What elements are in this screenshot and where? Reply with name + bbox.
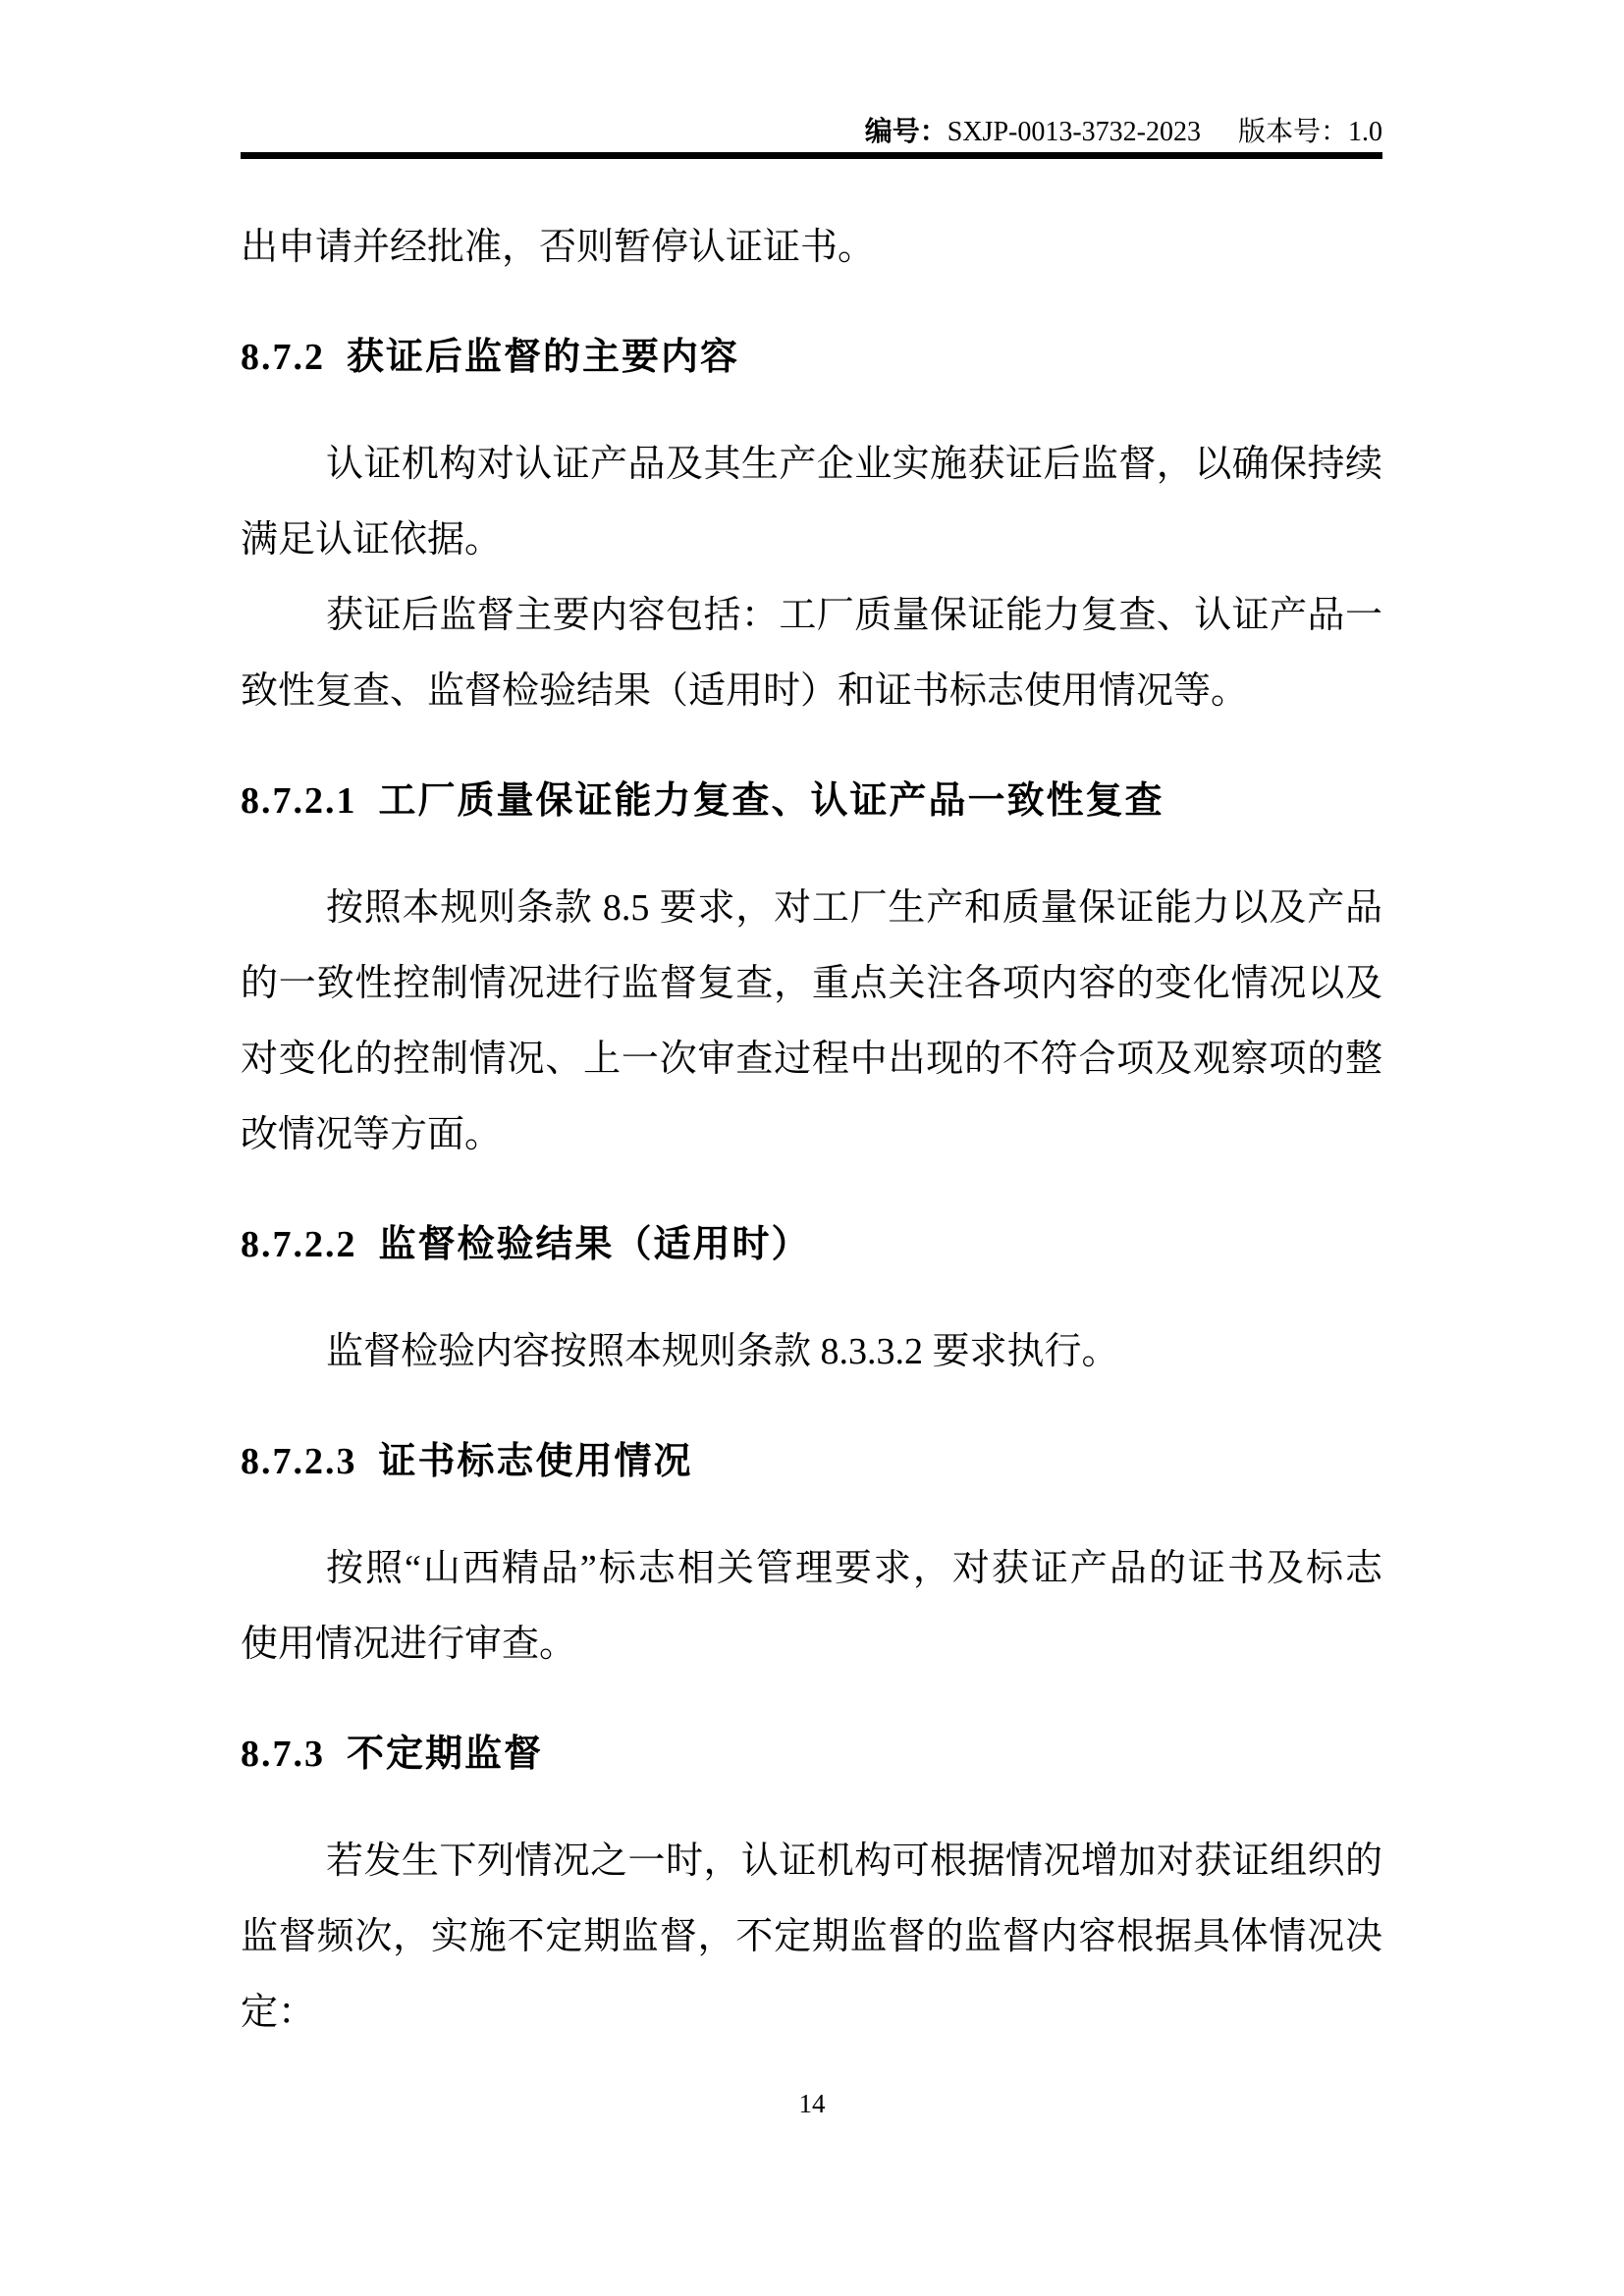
section-heading-8-7-3: 8.7.3不定期监督 [241,1717,1382,1792]
page-number: 14 [0,2087,1624,2120]
section-heading-8-7-2-1: 8.7.2.1工厂质量保证能力复查、认证产品一致性复查 [241,764,1382,839]
section-number: 8.7.2.3 [241,1441,357,1482]
version-label: 版本号： [1238,117,1348,147]
section-heading-8-7-2-3: 8.7.2.3证书标志使用情况 [241,1424,1382,1500]
paragraph-line: 出申请并经批准，否则暂停认证证书。 [241,210,1382,286]
paragraph-line: 按照本规则条款 8.5 要求，对工厂生产和质量保证能力以及产品 [241,871,1382,946]
paragraph-line: 若发生下列情况之一时，认证机构可根据情况增加对获证组织的 [241,1824,1382,1899]
section-number: 8.7.2.1 [241,780,357,822]
paragraph-line: 认证机构对认证产品及其生产企业实施获证后监督，以确保持续 [241,427,1382,503]
section-title: 获证后监督的主要内容 [347,337,739,378]
page-header: 编号：SXJP-0013-3732-2023版本号：1.0 [241,116,1382,149]
paragraph-line: 监督检验内容按照本规则条款 8.3.3.2 要求执行。 [241,1314,1382,1390]
doc-number-label: 编号： [865,117,947,147]
section-title: 证书标志使用情况 [379,1441,693,1482]
paragraph-line: 改情况等方面。 [241,1097,1382,1173]
section-heading-8-7-2: 8.7.2获证后监督的主要内容 [241,320,1382,396]
doc-number-value: SXJP-0013-3732-2023 [947,117,1201,147]
document-body: 出申请并经批准，否则暂停认证证书。 8.7.2获证后监督的主要内容 认证机构对认… [241,210,1382,2051]
paragraph-line: 监督频次，实施不定期监督，不定期监督的监督内容根据具体情况决 [241,1899,1382,1975]
section-number: 8.7.2.2 [241,1224,357,1265]
paragraph-line: 按照“山西精品”标志相关管理要求，对获证产品的证书及标志 [241,1531,1382,1607]
section-heading-8-7-2-2: 8.7.2.2监督检验结果（适用时） [241,1207,1382,1283]
section-title: 不定期监督 [347,1734,543,1775]
paragraph-line: 满足认证依据。 [241,503,1382,578]
paragraph-line: 对变化的控制情况、上一次审查过程中出现的不符合项及观察项的整 [241,1022,1382,1097]
section-number: 8.7.2 [241,337,325,378]
section-number: 8.7.3 [241,1734,325,1775]
paragraph-line: 使用情况进行审查。 [241,1607,1382,1682]
paragraph-line: 获证后监督主要内容包括：工厂质量保证能力复查、认证产品一 [241,578,1382,654]
paragraph-line: 的一致性控制情况进行监督复查，重点关注各项内容的变化情况以及 [241,946,1382,1022]
paragraph-line: 致性复查、监督检验结果（适用时）和证书标志使用情况等。 [241,654,1382,729]
paragraph-line: 定： [241,1975,1382,2051]
version-value: 1.0 [1348,117,1382,147]
section-title: 监督检验结果（适用时） [379,1224,811,1265]
header-rule [241,152,1382,159]
document-page: 编号：SXJP-0013-3732-2023版本号：1.0 出申请并经批准，否则… [0,0,1624,2296]
section-title: 工厂质量保证能力复查、认证产品一致性复查 [379,780,1164,822]
